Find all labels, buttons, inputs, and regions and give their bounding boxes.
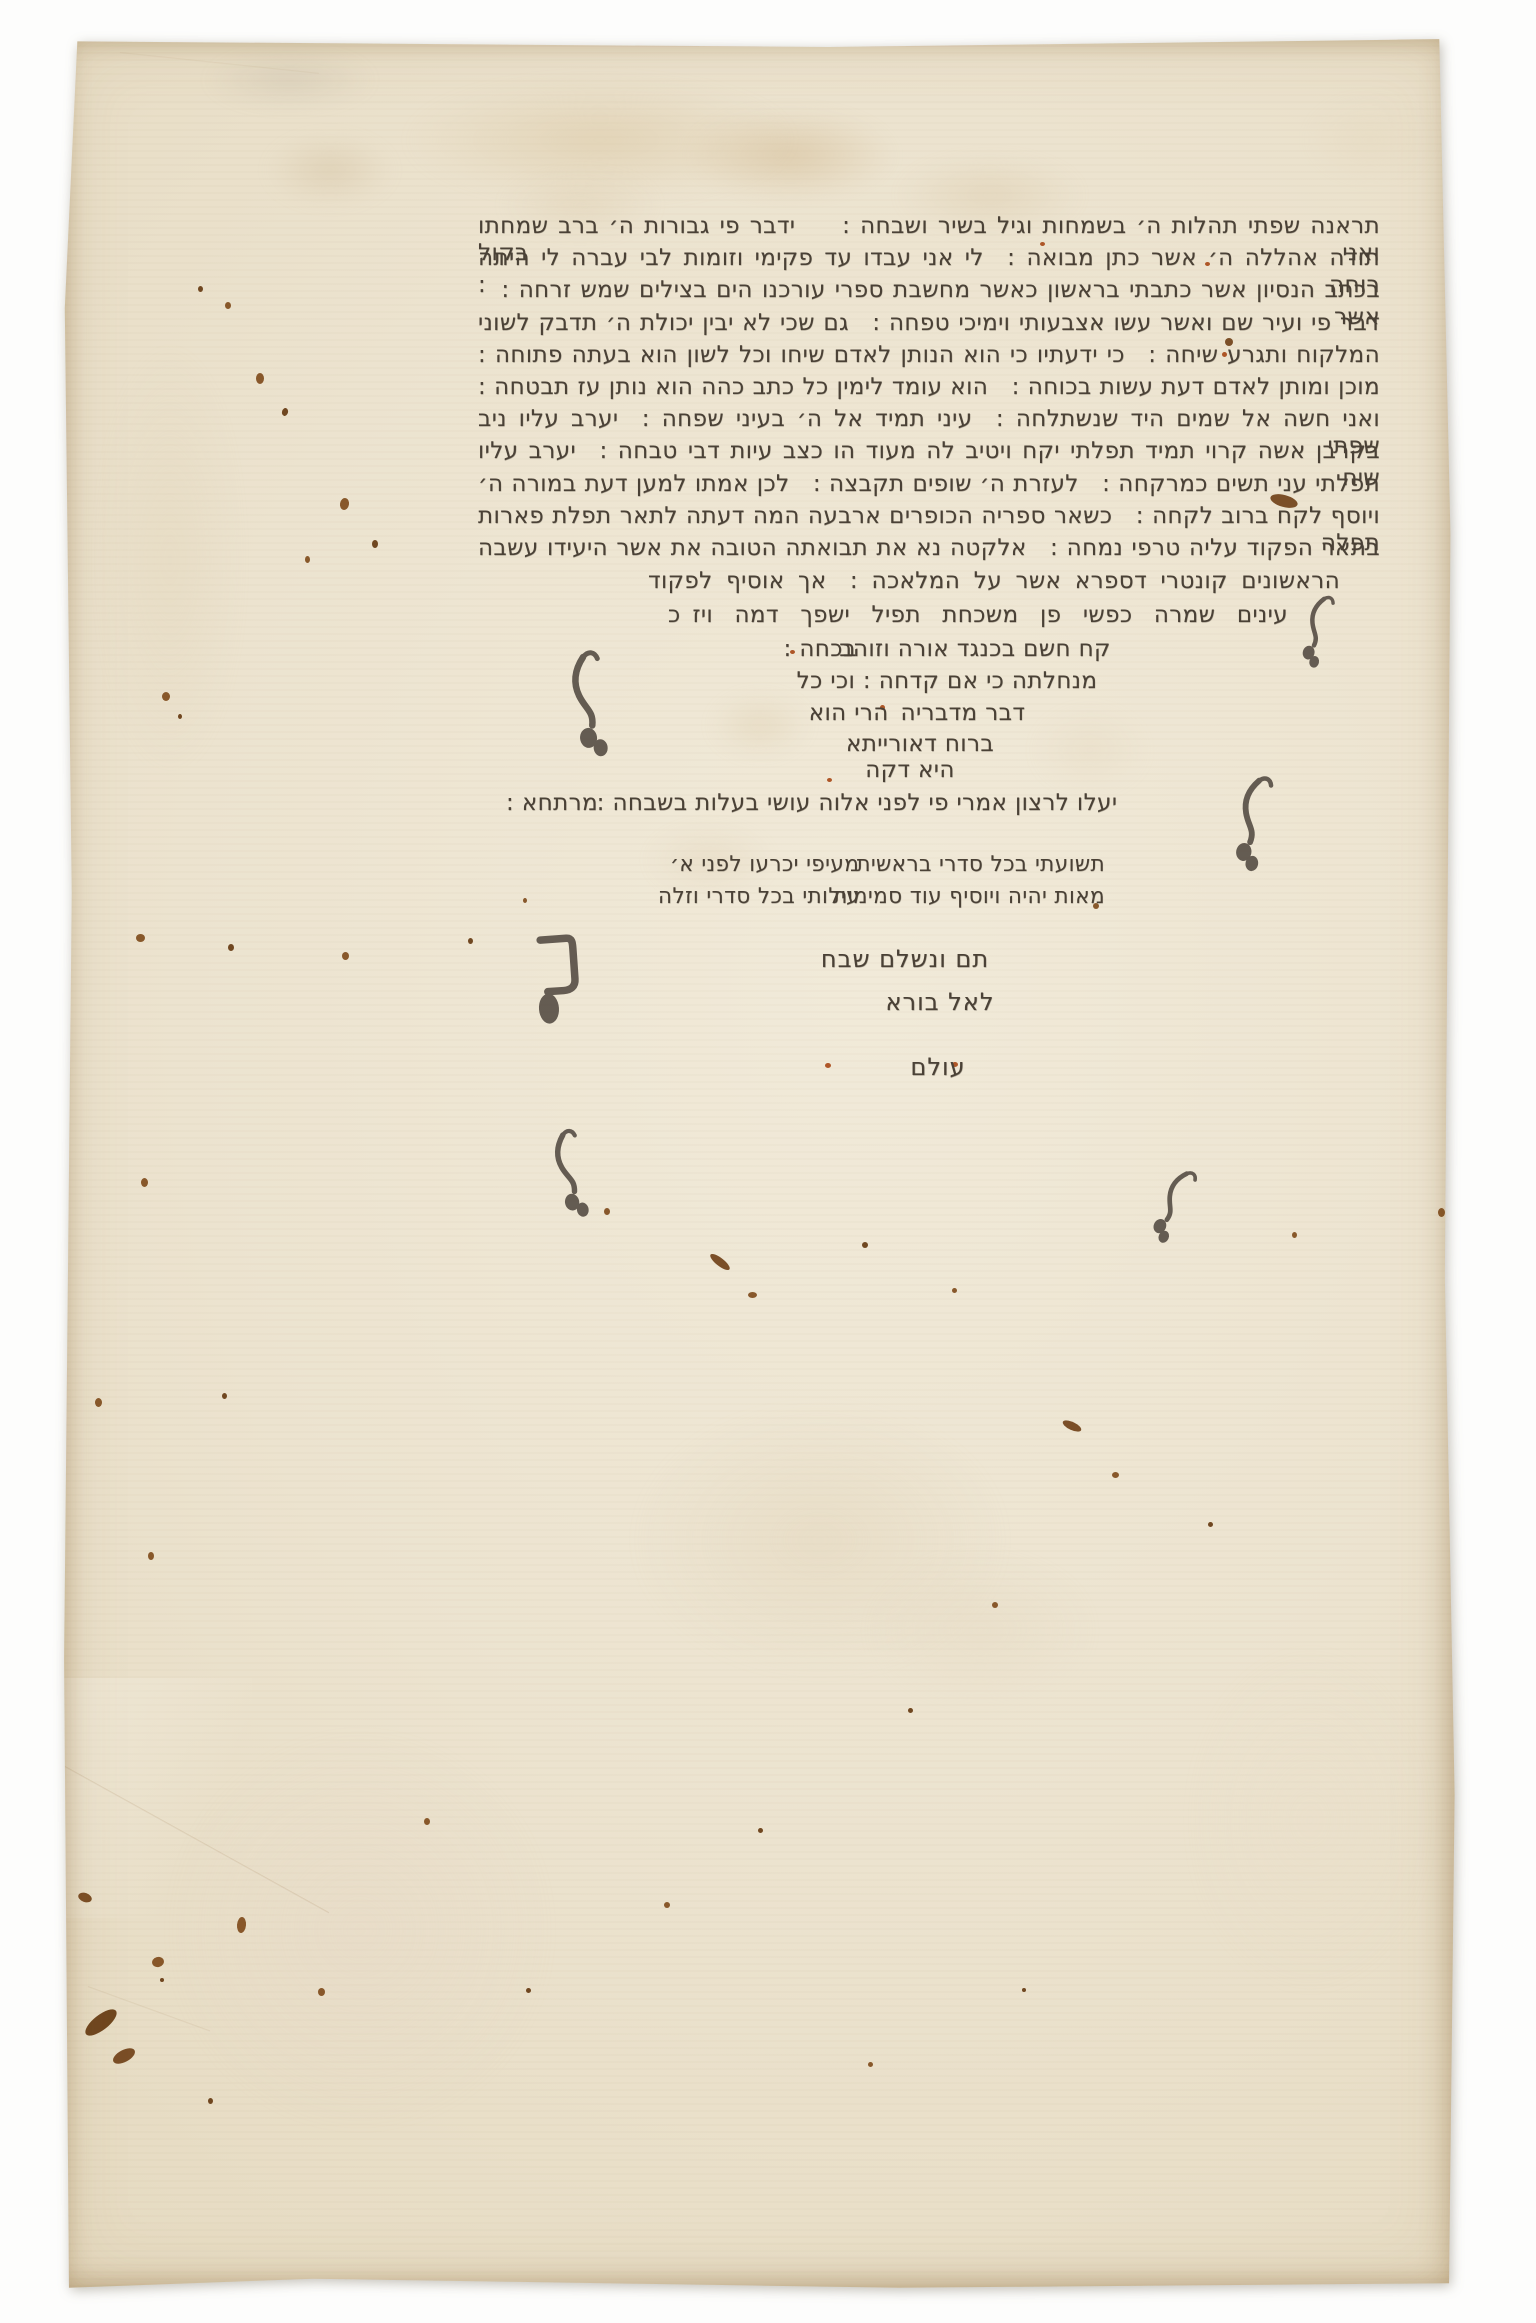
colophon-line: תם ונשלם שבח: [821, 945, 989, 973]
text-line: תפלתי עני תשים כמרקחה : לעזרת ה׳ שופים ת…: [478, 471, 1380, 498]
text-line: מוכן ומותן לאדם דעת עשות בכוחה : הוא עומ…: [478, 374, 1380, 401]
couplet-left-hemistich: עילותי בכל סדרי וזלה: [658, 884, 860, 909]
tail-verse-line: קח חשם בכנגד אורה וזוהב: [839, 636, 1111, 663]
tail-verse-line: יעלו לרצון אמרי פי לפני אלוה עושי בעלות …: [597, 790, 1118, 817]
tail-verse-line: מנחלתה כי אם קדחה : וכי כל: [797, 668, 1098, 695]
paper-surface: תראנה שפתי תהלות ה׳ בשמחות וגיל בשיר ושב…: [62, 38, 1456, 2290]
manuscript-page: תראנה שפתי תהלות ה׳ בשמחות וגיל בשיר ושב…: [62, 38, 1456, 2290]
text-line: דבר פי ועיר שם ואשר עשו אצבעותי וימיכי ט…: [478, 310, 1380, 337]
rhyme-margin-word: מרתחא :: [506, 790, 598, 816]
text-line: עינים שמרה כפשי פן משכחת תפיל ישפך דמה ו…: [668, 602, 1288, 629]
couplet-left-hemistich: מעיפי יכרעו לפני א׳: [670, 852, 859, 877]
tail-verse-line: ברוח דאורייתא: [846, 731, 994, 758]
text-line: המלקוח ותגרע שיחה : כי ידעתיו כי הוא הנו…: [478, 342, 1380, 369]
foxing-spot: [1452, 1262, 1457, 1272]
text-line: בתאר הפקוד עליה טרפי נמחה : אלקטה נא את …: [478, 535, 1380, 562]
couplet-right-hemistich: תשועתי בכל סדרי בראשית: [856, 852, 1105, 877]
text-line: הראשונים קונטרי דספרא אשר על המלאכה : אך…: [648, 568, 1340, 595]
tail-verse-line: היא דקה: [865, 757, 955, 784]
colophon-line: לאל בורא: [886, 988, 995, 1016]
rhyme-margin-word: בכחה :: [784, 636, 857, 662]
colophon-line: עולם: [910, 1053, 965, 1081]
photo-background: תראנה שפתי תהלות ה׳ בשמחות וגיל בשיר ושב…: [0, 0, 1536, 2323]
couplet-right-hemistich: מאות יהיה ויוסיף עוד סמימית: [833, 884, 1105, 909]
tail-verse-line: דבר מדבריה הרי הוא: [809, 700, 1026, 727]
printed-text-block: תראנה שפתי תהלות ה׳ בשמחות וגיל בשיר ושב…: [62, 38, 1456, 2290]
